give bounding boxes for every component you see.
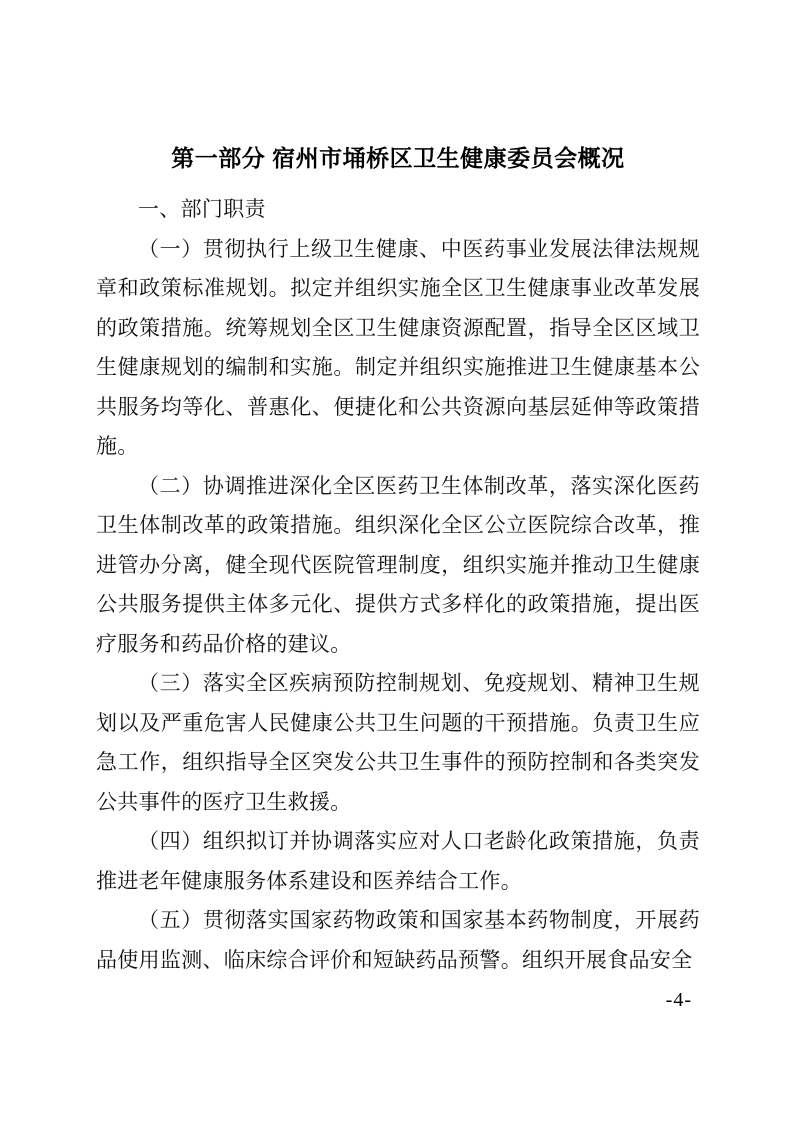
page-number: -4- [666, 988, 692, 1012]
paragraph-duty-5: （五）贯彻落实国家药物政策和国家基本药物制度，开展药品使用监测、临床综合评价和短… [96, 901, 700, 980]
document-body: 一、部门职责 （一）贯彻执行上级卫生健康、中医药事业发展法律法规规章和政策标准规… [96, 190, 700, 980]
paragraph-duty-3: （三）落实全区疾病预防控制规划、免疫规划、精神卫生规划以及严重危害人民健康公共卫… [96, 664, 700, 822]
paragraph-duty-1: （一）贯彻执行上级卫生健康、中医药事业发展法律法规规章和政策标准规划。拟定并组织… [96, 230, 700, 467]
document-page: 第一部分 宿州市埇桥区卫生健康委员会概况 一、部门职责 （一）贯彻执行上级卫生健… [0, 0, 793, 1122]
section-heading-duties: 一、部门职责 [96, 190, 700, 230]
paragraph-duty-4: （四）组织拟订并协调落实应对人口老龄化政策措施，负责推进老年健康服务体系建设和医… [96, 822, 700, 901]
document-title: 第一部分 宿州市埇桥区卫生健康委员会概况 [96, 144, 700, 172]
paragraph-duty-2: （二）协调推进深化全区医药卫生体制改革，落实深化医药卫生体制改革的政策措施。组织… [96, 467, 700, 665]
